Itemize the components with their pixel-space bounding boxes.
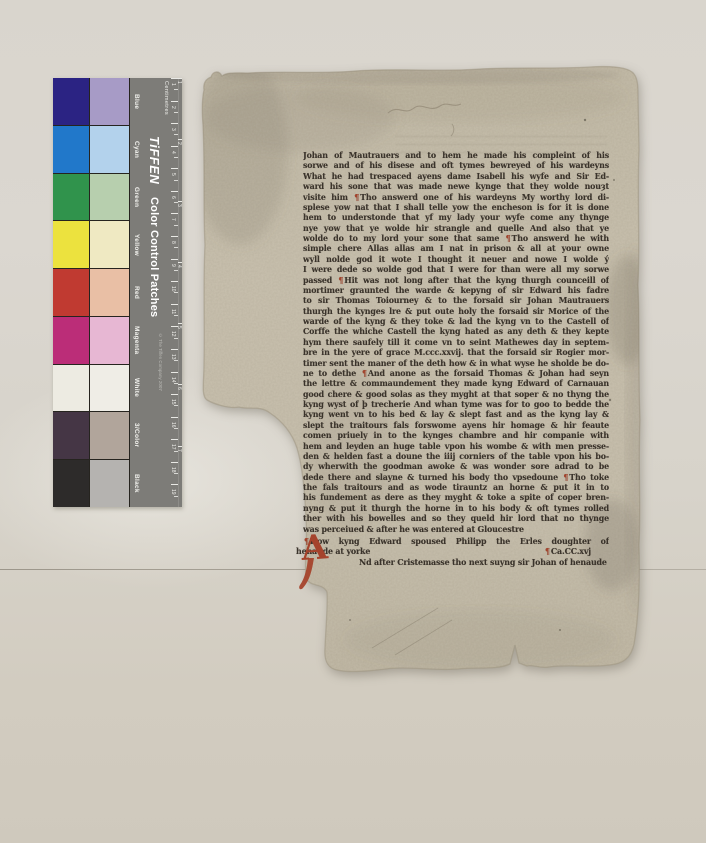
print-line: the lettre & commaundement they made kyn… xyxy=(303,379,609,389)
print-line: den & helden fast a doune the iiij corni… xyxy=(303,452,609,462)
print-line: passed ¶Hit was not long after that the … xyxy=(303,276,609,286)
chapter-heading-row: henaude at yorke¶Ca.CC.xvj xyxy=(303,547,609,557)
print-line: sorwe and of his disese and oft tymes be… xyxy=(303,161,609,171)
print-line: the fals traitours and as wode tirauntz … xyxy=(303,483,609,493)
print-line: Johan of Mautrauers and to hem he made h… xyxy=(303,151,609,161)
chapter-heading: ¶How kyng Edward spoused Philipp the Erl… xyxy=(303,537,609,547)
print-line: nyng & put it thurgh the horne in to his… xyxy=(303,504,609,514)
print-line: visite him ¶Tho answerd one of his warde… xyxy=(303,193,609,203)
print-line: dede there and slayne & turned his body … xyxy=(303,473,609,483)
print-line: simple chere Allas allas am I nat in pri… xyxy=(303,244,609,254)
text-block: Johan of Mautrauers and to hem he made h… xyxy=(303,151,609,568)
print-line: Corffe the whiche Castell the kyng hated… xyxy=(303,327,609,337)
print-line: slept the traitours fals forswome ayens … xyxy=(303,421,609,431)
print-line: to sir Thomas Toiourney & to the forsaid… xyxy=(303,296,609,306)
print-line: I were dede so wolde god that I were for… xyxy=(303,265,609,275)
chapter-first-line: Nd after Cristemasse tho next suyng sir … xyxy=(359,558,609,568)
print-line: nye yow that ye wolde hir strangle and q… xyxy=(303,224,609,234)
print-line: hem to understonde that yf my lady your … xyxy=(303,213,609,223)
print-line: bre in the yere of grace M.ccc.xxvij. th… xyxy=(303,348,609,358)
print-line: his fundement as dere as they myght & to… xyxy=(303,493,609,503)
rubric-pilcrow: ¶ xyxy=(505,234,512,243)
print-line: timer sent the maner of the deth how & i… xyxy=(303,359,609,369)
print-line: mortimer graunted the warde & kepyng of … xyxy=(303,286,609,296)
print-line: hym there saufely till it come vn to sei… xyxy=(303,338,609,348)
print-line: What he had trespaced ayens dame Isabell… xyxy=(303,172,609,182)
print-line: kyng went vn to his bed & lay & slept fa… xyxy=(303,410,609,420)
print-line: good chere & good solas as they myght at… xyxy=(303,390,609,400)
photo-backdrop: BlueCyanGreenYellowRedMagentaWhite3/Colo… xyxy=(0,0,706,843)
initial-letter-glyph: A xyxy=(299,528,330,569)
chapter-number: ¶Ca.CC.xvj xyxy=(544,547,609,557)
print-line: dy wherwith the goodman awoke & was wond… xyxy=(303,462,609,472)
rubricated-initial: A xyxy=(297,528,341,592)
rubric-pilcrow: ¶ xyxy=(361,369,368,378)
print-line: comen priuely in to the kynges chambre a… xyxy=(303,431,609,441)
print-line: kyng wyst of þ trecherie And whan tyme w… xyxy=(303,400,609,410)
print-line: ther with his bowelles and so they queld… xyxy=(303,514,609,524)
print-line: wyll nolde god it wote I thought it neue… xyxy=(303,255,609,265)
print-line: thurgh the kynges lre & put oute holy th… xyxy=(303,307,609,317)
print-line: hem and leyden an huge table vpon his wo… xyxy=(303,442,609,452)
print-line: ward his sone that was made newe kynge t… xyxy=(303,182,609,192)
print-line: was perceiued & after he was entered at … xyxy=(303,525,609,535)
rubric-pilcrow: ¶ xyxy=(337,276,344,285)
print-line: wolde do to my lord your sone that same … xyxy=(303,234,609,244)
rubric-pilcrow: ¶ xyxy=(562,473,569,482)
print-line: warde of the kyng & they toke & lad the … xyxy=(303,317,609,327)
rubric-pilcrow: ¶ xyxy=(353,193,360,202)
print-line: splese yow nat that I shall telle yow th… xyxy=(303,203,609,213)
rubric-pilcrow: ¶ xyxy=(544,547,551,556)
print-line: ne to dethe ¶And anone as the forsaid Th… xyxy=(303,369,609,379)
